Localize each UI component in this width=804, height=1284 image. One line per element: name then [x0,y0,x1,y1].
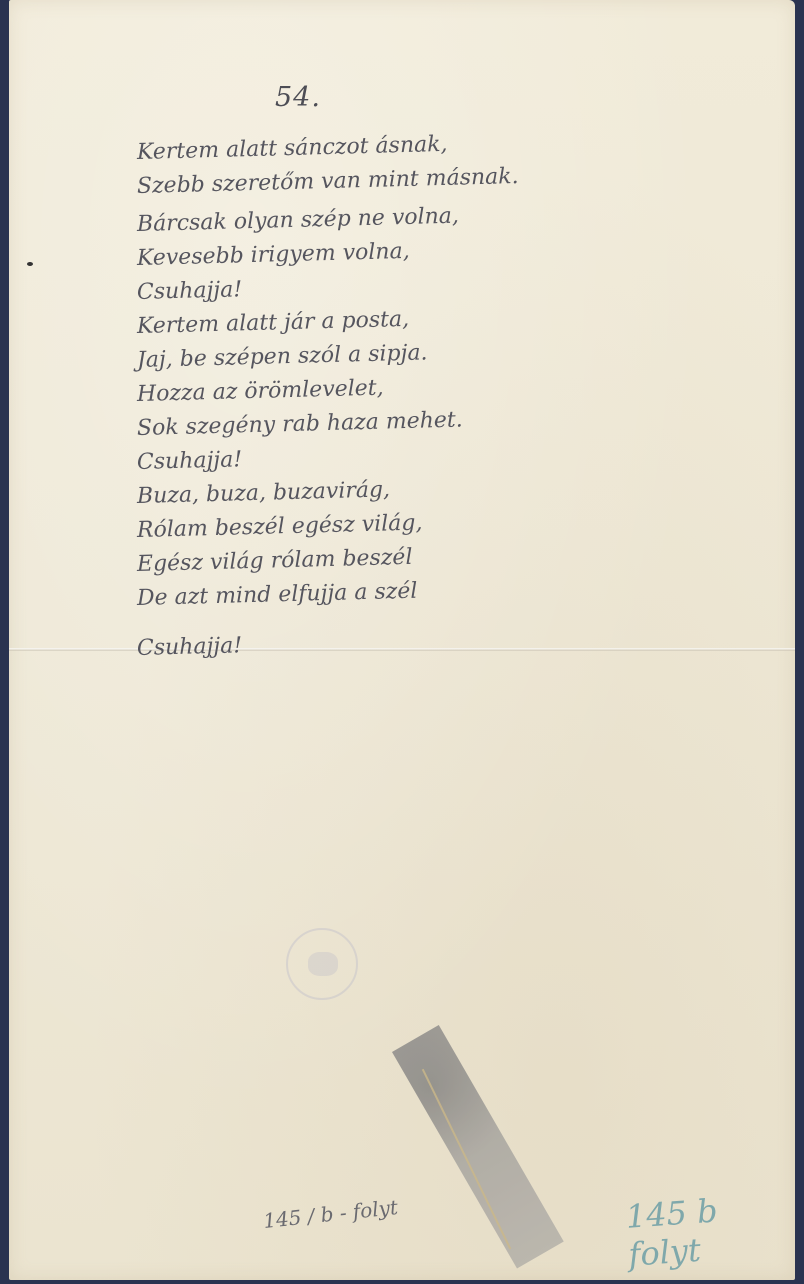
scanned-page: 54. Kertem alatt sánczot ásnak, Szebb sz… [0,0,804,1284]
poem-text: Kertem alatt sánczot ásnak, Szebb szeret… [137,136,519,666]
ink-speck [27,262,33,266]
paper-sheet: 54. Kertem alatt sánczot ásnak, Szebb sz… [9,0,795,1280]
page-number: 54. [275,82,321,113]
tape-crack [422,1069,511,1250]
blue-archive-note: 145 b folyt [625,1186,798,1274]
adhesive-tape [392,1025,564,1269]
stamp-emblem-icon [308,952,338,976]
pencil-archive-note: 145 / b - folyt [262,1195,399,1233]
archive-stamp [286,928,358,1000]
poem-line: Csuhajja! [137,622,519,666]
